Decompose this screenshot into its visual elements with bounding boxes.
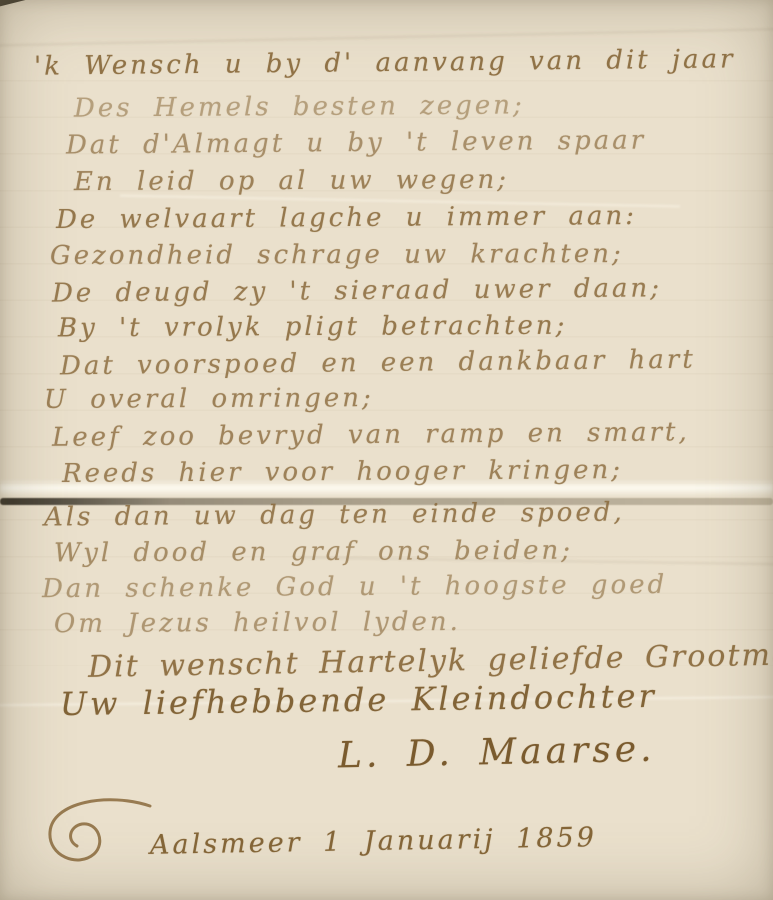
signature: L. D. Maarse. xyxy=(338,729,656,777)
closing-line-kleindochter: Uw liefhebbende Kleindochter xyxy=(60,677,657,723)
spiral-flourish-icon xyxy=(38,792,158,874)
closing-line-grootmoeder: Dit wenscht Hartelyk geliefde Grootmoede… xyxy=(88,636,773,685)
poem-line: Wyl dood en graf ons beiden; xyxy=(54,536,573,569)
poem-line: De deugd zy 't sieraad uwer daan; xyxy=(52,273,662,308)
paper-crease xyxy=(0,27,773,47)
poem-line: Dat voorspoed en een dankbaar hart xyxy=(60,345,696,382)
poem-line: De welvaart lagche u immer aan: xyxy=(56,201,637,235)
poem-line: Om Jezus heilvol lyden. xyxy=(54,607,461,639)
poem-line: Des Hemels besten zegen; xyxy=(74,90,525,123)
dateline: Aalsmeer 1 Januarij 1859 xyxy=(150,822,597,861)
poem-line: 'k Wensch u by d' aanvang van dit jaar xyxy=(34,44,736,81)
dateline-place: Aalsmeer xyxy=(150,827,303,861)
poem-line: Leef zoo bevryd van ramp en smart, xyxy=(52,417,690,453)
poem-line: Gezondheid schrage uw krachten; xyxy=(50,239,624,271)
poem-line: By 't vrolyk pligt betrachten; xyxy=(58,311,568,344)
letter-page: 'k Wensch u by d' aanvang van dit jaar D… xyxy=(0,0,773,900)
poem-line: Dan schenke God u 't hoogste goed xyxy=(42,570,667,604)
poem-line: U overal omringen; xyxy=(44,383,374,415)
poem-line: Als dan uw dag ten einde spoed, xyxy=(44,497,625,532)
dateline-date: 1 Januarij 1859 xyxy=(323,822,597,858)
poem-line: En leid op al uw wegen; xyxy=(74,165,509,197)
corner-tear-mark xyxy=(0,0,32,7)
poem-line: Dat d'Almagt u by 't leven spaar xyxy=(66,125,646,160)
poem-line: Reeds hier voor hooger kringen; xyxy=(62,455,623,489)
